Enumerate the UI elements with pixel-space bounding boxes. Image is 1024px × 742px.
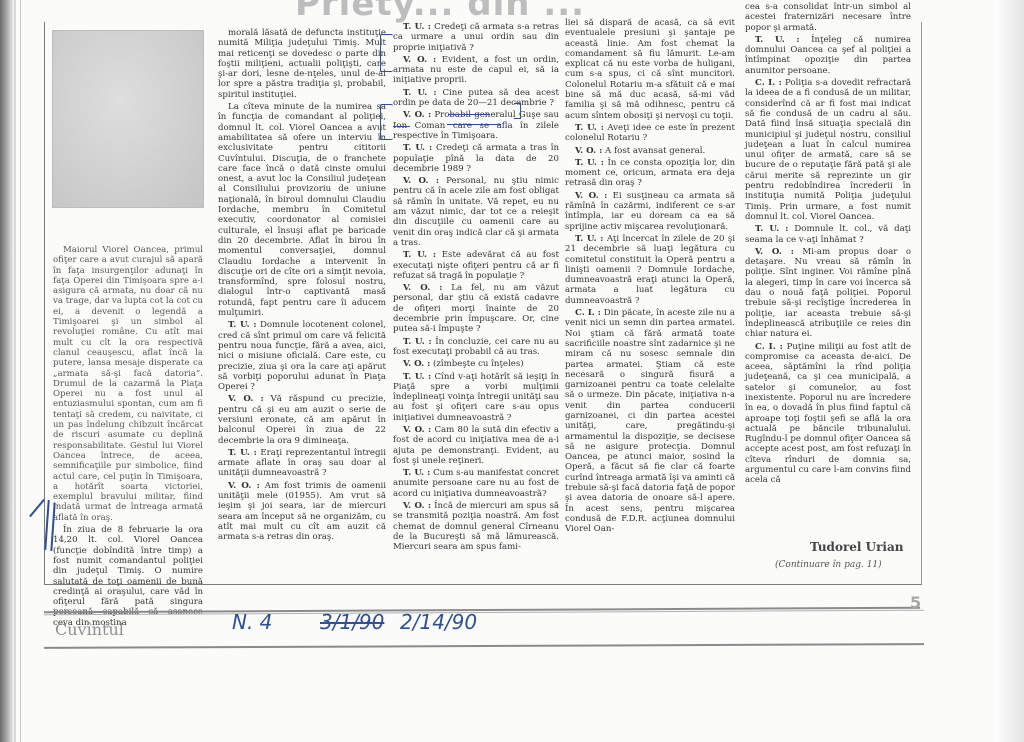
speaker-label: T. U. : [403, 22, 431, 32]
dialogue-paragraph: T. U. : Aţi încercat în zilele de 20 şi … [565, 234, 735, 306]
article-paragraph: liei să dispară de acasă, ca să evit eve… [565, 18, 735, 121]
dialogue-paragraph: V. O. : Ei susţineau ca armata să rămînă… [565, 191, 735, 232]
pen-underline [448, 114, 490, 115]
dialogue-paragraph: C. I. : Puţine miliţii au fost atît de c… [745, 342, 911, 486]
dialogue-paragraph: T. U. : Este adevărat că au fost executa… [393, 250, 559, 281]
article-paragraph: La cîteva minute de la numirea sa în fun… [218, 102, 386, 318]
pen-strikethrough [393, 126, 410, 127]
paragraph-text: liei să dispară de acasă, ca să evit eve… [565, 18, 735, 121]
dialogue-paragraph: V. O. : A fost avansat general. [565, 146, 735, 156]
masthead: Cuvîntul [55, 620, 124, 639]
paragraph-text: Domnule locotenent colonel, cred că sînt… [218, 320, 386, 392]
speaker-label: T. U. : [403, 468, 430, 478]
column-3: T. U. : Credeţi că armata s-a retras ca … [393, 22, 559, 555]
column-1: Maiorul Viorel Oancea, primul ofiţer car… [53, 245, 203, 630]
dialogue-paragraph: T. U. : Domnule lt. col., vă daţi seama … [745, 224, 911, 245]
headline-fragment: Priety... din ... [295, 0, 585, 24]
dialogue-paragraph: V. O. : Vă răspund cu precizie, pentru c… [218, 394, 386, 445]
speaker-label: T. U. : [575, 123, 604, 133]
speaker-label: V. O. : [403, 55, 436, 65]
paragraph-text: A fost avansat general. [605, 146, 705, 156]
speaker-label: V. O. : [575, 191, 607, 201]
footer-rule-bottom [44, 643, 924, 648]
speaker-label: C. I. : [755, 342, 783, 352]
paragraph-text: Poliţia s-a dovedit refractară la ideea … [745, 78, 911, 222]
dialogue-paragraph: V. O. : Încă de miercuri am spus să se t… [393, 501, 559, 552]
speaker-label: T. U. : [403, 88, 437, 98]
speaker-label: T. U. : [403, 143, 432, 153]
dialogue-paragraph: T. U. : Cînd v-aţi hotărît să ieşiţi în … [393, 372, 559, 423]
handwritten-date: 2/14/90 [400, 610, 477, 634]
speaker-label: T. U. : [575, 158, 604, 168]
paragraph-text: Din păcate, în aceste zile nu a venit ni… [565, 308, 735, 534]
dialogue-paragraph: V. O. : La fel, nu am văzut personal, da… [393, 283, 559, 334]
paragraph-text: Puţine miliţii au fost atît de compromis… [745, 342, 911, 486]
speaker-label: T. U. : [228, 320, 257, 330]
pen-bracket-right-icon [514, 103, 521, 119]
speaker-label: V. O. : [228, 394, 264, 404]
speaker-label: V. O. : [575, 146, 602, 156]
speaker-label: C. I. : [575, 308, 601, 318]
paragraph-text: cea s-a consolidat într-un simbol al ace… [745, 2, 911, 33]
dialogue-paragraph: V. O. : Evident, a fost un ordin, armata… [393, 55, 559, 86]
article-paragraph: cea s-a consolidat într-un simbol al ace… [745, 2, 911, 33]
handwritten-struck-date: 3/1/90 [320, 610, 384, 634]
dialogue-paragraph: V. O. : Personal, nu ştiu nimic pentru c… [393, 176, 559, 248]
dialogue-paragraph: T. U. : Eraţi reprezentantul întregii ar… [218, 448, 386, 479]
dialogue-paragraph: T. U. : Cine putea să dea acest ordin pe… [393, 88, 559, 109]
dialogue-paragraph: T. U. : Domnule locotenent colonel, cred… [218, 320, 386, 392]
dialogue-paragraph: V. O. : Mi-am propus doar o detaşare. Nu… [745, 247, 911, 340]
speaker-label: V. O. : [755, 247, 794, 257]
speaker-label: V. O. : [403, 176, 439, 186]
author-signature: Tudorel Urian [810, 540, 904, 554]
speaker-label: V. O. : [403, 359, 430, 369]
dialogue-paragraph: T. U. : În ce consta opoziţia lor, din m… [565, 158, 735, 189]
portrait-photo [52, 30, 204, 208]
speaker-label: T. U. : [755, 224, 788, 234]
column-5: cea s-a consolidat într-un simbol al ace… [745, 2, 911, 488]
speaker-label: V. O. : [403, 283, 442, 293]
paragraph-text: La cîteva minute de la numirea sa în fun… [218, 102, 386, 318]
dialogue-paragraph: T. U. : Aveţi idee ce este în prezent co… [565, 123, 735, 144]
dialogue-paragraph: T. U. : Credeţi că armata a tras în popu… [393, 143, 559, 174]
scan-right-edge [994, 0, 1024, 742]
page-number: 5 [910, 593, 921, 612]
article-paragraph: morală lăsată de defuncta instituţie num… [218, 28, 386, 100]
pen-bracket-mark-icon [380, 34, 393, 72]
speaker-label: V. O. : [403, 110, 431, 120]
pen-underline [447, 124, 501, 125]
speaker-label: V. O. : [228, 481, 260, 491]
speaker-label: V. O. : [403, 501, 431, 511]
speaker-label: T. U. : [403, 250, 436, 260]
speaker-label: C. I. : [755, 78, 782, 88]
dialogue-paragraph: C. I. : Din păcate, în aceste zile nu a … [565, 308, 735, 535]
handwritten-issue-number: N. 4 [232, 610, 272, 634]
dialogue-paragraph: V. O. : (zîmbeşte cu înţeles) [393, 359, 559, 369]
column-4: liei să dispară de acasă, ca să evit eve… [565, 18, 735, 537]
dialogue-paragraph: T. U. : Înţeleg că numirea domnului Oanc… [745, 35, 911, 76]
pen-bracket-mark-icon [380, 104, 393, 140]
photo-caption: Maiorul Viorel Oancea, primul ofiţer car… [53, 245, 203, 523]
dialogue-paragraph: T. U. : Cum s-au manifestat concret anum… [393, 468, 559, 499]
column-2: morală lăsată de defuncta instituţie num… [218, 28, 386, 545]
dialogue-paragraph: T. U. : Credeţi că armata s-a retras ca … [393, 22, 559, 53]
paragraph-text: Mi-am propus doar o detaşare. Nu vreau s… [745, 247, 911, 339]
speaker-label: V. O. : [403, 425, 431, 435]
scan-edge-shadow [0, 0, 14, 742]
paragraph-text: Aţi încercat în zilele de 20 şi 21 decem… [565, 234, 735, 306]
speaker-label: T. U. : [575, 234, 603, 244]
page-fold-line [20, 0, 21, 742]
paragraph-text: Personal, nu ştiu nimic pentru că în ace… [393, 176, 559, 248]
dialogue-paragraph: V. O. : Am fost trimis de oamenii unităţ… [218, 481, 386, 543]
speaker-label: T. U. : [403, 337, 432, 347]
pen-checkmark-icon [29, 499, 44, 517]
scan-edge-line [14, 0, 16, 742]
paragraph-text: morală lăsată de defuncta instituţie num… [218, 28, 386, 100]
dialogue-paragraph: V. O. : Cam 80 la sută din efectiv a fos… [393, 425, 559, 466]
dialogue-paragraph: C. I. : Poliţia s-a dovedit refractară l… [745, 78, 911, 222]
speaker-label: T. U. : [228, 448, 257, 458]
continuation-note: (Continuare în pag. 11) [775, 560, 882, 570]
speaker-label: T. U. : [755, 35, 800, 45]
speaker-label: T. U. : [403, 372, 431, 382]
newspaper-page: Priety... din ... Maiorul Viorel Oancea,… [0, 0, 1024, 742]
paragraph-text: (zîmbeşte cu înţeles) [433, 359, 524, 369]
dialogue-paragraph: T. U. : În concluzie, cei care nu au fos… [393, 337, 559, 358]
